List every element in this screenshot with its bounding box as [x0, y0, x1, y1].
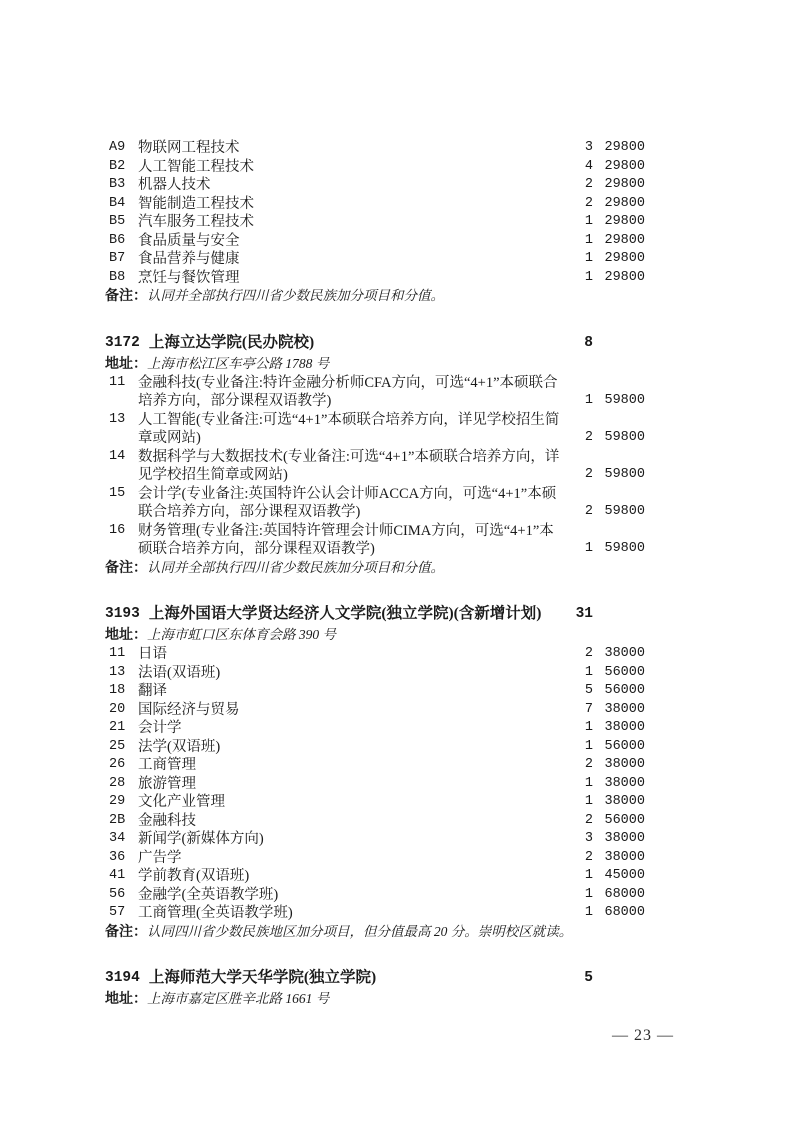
major-name: 国际经济与贸易	[138, 701, 563, 720]
major-fee: 29800	[593, 232, 645, 251]
major-name: 烹饪与餐饮管理	[138, 269, 563, 288]
major-name: 工商管理(全英语教学班)	[138, 904, 563, 923]
major-fee: 38000	[593, 756, 645, 775]
major-fee: 38000	[593, 849, 645, 868]
major-count: 2	[563, 756, 593, 775]
major-name: 数据科学与大数据技术(专业备注:可选“4+1”本硕联合培养方向，详见学校招生简章…	[138, 448, 563, 485]
major-row: 34新闻学(新媒体方向)338000	[105, 830, 645, 849]
major-fee: 56000	[593, 812, 645, 831]
major-count: 1	[563, 738, 593, 757]
major-name: 金融科技	[138, 812, 563, 831]
major-fee: 59800	[593, 540, 645, 559]
address-label: 地址：	[105, 628, 147, 643]
major-row: 16财务管理(专业备注:英国特许管理会计师CIMA方向，可选“4+1”本硕联合培…	[105, 522, 645, 559]
college-code: 3172	[105, 333, 140, 353]
page-number-text: — 23 —	[612, 1027, 674, 1044]
major-name: 金融学(全英语教学班)	[138, 886, 563, 905]
major-fee: 29800	[593, 250, 645, 269]
major-row: 13法语(双语班)156000	[105, 664, 645, 683]
major-row-main: 29文化产业管理	[105, 793, 563, 812]
major-row: B3机器人技术229800	[105, 176, 645, 195]
major-row: A9物联网工程技术329800	[105, 139, 645, 158]
major-code: B4	[105, 195, 133, 214]
major-row: 14数据科学与大数据技术(专业备注:可选“4+1”本硕联合培养方向，详见学校招生…	[105, 448, 645, 485]
major-name: 工商管理	[138, 756, 563, 775]
major-row: 56金融学(全英语教学班)168000	[105, 886, 645, 905]
major-fee: 56000	[593, 682, 645, 701]
major-count: 1	[563, 232, 593, 251]
major-row-main: B3机器人技术	[105, 176, 563, 195]
major-row: B7食品营养与健康129800	[105, 250, 645, 269]
major-fee: 59800	[593, 392, 645, 411]
major-row: 41学前教育(双语班)145000	[105, 867, 645, 886]
college-code: 3193	[105, 604, 140, 624]
major-code: 20	[105, 701, 133, 720]
address-value: 上海市虹口区东体育会路 390 号	[147, 627, 336, 642]
major-count: 2	[563, 812, 593, 831]
major-name: 会计学(专业备注:英国特许公认会计师ACCA方向，可选“4+1”本硕联合培养方向…	[138, 485, 563, 522]
address-value: 上海市松江区车亭公路 1788 号	[147, 356, 329, 371]
college-section: 3194上海师范大学天华学院(独立学院)5地址：上海市嘉定区胜辛北路 1661 …	[105, 968, 645, 1009]
college-header: 3194上海师范大学天华学院(独立学院)5	[105, 968, 645, 988]
major-fee: 29800	[593, 139, 645, 158]
major-row-main: 20国际经济与贸易	[105, 701, 563, 720]
college-title: 上海立达学院(民办院校)	[149, 333, 563, 353]
major-count: 2	[563, 645, 593, 664]
major-row: B8烹饪与餐饮管理129800	[105, 269, 645, 288]
major-fee: 56000	[593, 738, 645, 757]
major-count: 1	[563, 719, 593, 738]
major-row-main: 14数据科学与大数据技术(专业备注:可选“4+1”本硕联合培养方向，详见学校招生…	[105, 448, 563, 485]
major-code: B3	[105, 176, 133, 195]
major-fee: 29800	[593, 195, 645, 214]
remark-line: 备注：认同四川省少数民族地区加分项目，但分值最高 20 分。崇明校区就读。	[105, 923, 645, 943]
major-row: B2人工智能工程技术429800	[105, 158, 645, 177]
major-count: 1	[563, 392, 593, 411]
major-count: 1	[563, 540, 593, 559]
address-line: 地址：上海市嘉定区胜辛北路 1661 号	[105, 989, 645, 1009]
college-header: 3193上海外国语大学贤达经济人文学院(独立学院)(含新增计划)31	[105, 604, 645, 624]
major-row: 2B金融科技256000	[105, 812, 645, 831]
major-count: 2	[563, 503, 593, 522]
major-fee: 56000	[593, 664, 645, 683]
major-fee: 38000	[593, 775, 645, 794]
major-code: B2	[105, 158, 133, 177]
major-code: 18	[105, 682, 133, 701]
major-count: 1	[563, 269, 593, 288]
major-name: 汽车服务工程技术	[138, 213, 563, 232]
major-code: 28	[105, 775, 133, 794]
major-row-main: 28旅游管理	[105, 775, 563, 794]
major-row: 20国际经济与贸易738000	[105, 701, 645, 720]
major-row-main: 15会计学(专业备注:英国特许公认会计师ACCA方向，可选“4+1”本硕联合培养…	[105, 485, 563, 522]
major-count: 1	[563, 793, 593, 812]
major-name: 日语	[138, 645, 563, 664]
major-code: 34	[105, 830, 133, 849]
major-code: 16	[105, 522, 133, 541]
major-code: 56	[105, 886, 133, 905]
major-count: 2	[563, 195, 593, 214]
major-name: 物联网工程技术	[138, 139, 563, 158]
major-code: 21	[105, 719, 133, 738]
major-code: 15	[105, 485, 133, 504]
major-fee: 38000	[593, 830, 645, 849]
major-fee: 59800	[593, 466, 645, 485]
address-label: 地址：	[105, 992, 147, 1007]
major-fee: 29800	[593, 213, 645, 232]
college-section: A9物联网工程技术329800B2人工智能工程技术429800B3机器人技术22…	[105, 139, 645, 307]
major-code: 41	[105, 867, 133, 886]
college-title: 上海师范大学天华学院(独立学院)	[149, 968, 563, 988]
address-label: 地址：	[105, 357, 147, 372]
college-header: 3172上海立达学院(民办院校)8	[105, 333, 645, 353]
major-count: 5	[563, 682, 593, 701]
major-row: 18翻译556000	[105, 682, 645, 701]
major-row: 25法学(双语班)156000	[105, 738, 645, 757]
major-name: 翻译	[138, 682, 563, 701]
major-row-main: 25法学(双语班)	[105, 738, 563, 757]
college-total-count: 31	[563, 604, 593, 624]
major-fee: 38000	[593, 701, 645, 720]
major-fee: 38000	[593, 793, 645, 812]
major-code: 11	[105, 645, 133, 664]
major-code: 25	[105, 738, 133, 757]
remark-line: 备注：认同并全部执行四川省少数民族加分项目和分值。	[105, 287, 645, 307]
major-count: 7	[563, 701, 593, 720]
major-code: A9	[105, 139, 133, 158]
major-name: 人工智能(专业备注:可选“4+1”本硕联合培养方向，详见学校招生简章或网站)	[138, 411, 563, 448]
major-code: 11	[105, 374, 133, 393]
page-number: — 23 —	[612, 1026, 702, 1046]
major-row: 57工商管理(全英语教学班)168000	[105, 904, 645, 923]
major-count: 1	[563, 250, 593, 269]
major-row: 28旅游管理138000	[105, 775, 645, 794]
major-row: 21会计学138000	[105, 719, 645, 738]
major-row-main: 2B金融科技	[105, 812, 563, 831]
major-count: 1	[563, 775, 593, 794]
major-row-main: 13人工智能(专业备注:可选“4+1”本硕联合培养方向，详见学校招生简章或网站)	[105, 411, 563, 448]
major-row-main: A9物联网工程技术	[105, 139, 563, 158]
major-row-main: 16财务管理(专业备注:英国特许管理会计师CIMA方向，可选“4+1”本硕联合培…	[105, 522, 563, 559]
major-count: 2	[563, 429, 593, 448]
major-name: 智能制造工程技术	[138, 195, 563, 214]
major-code: 13	[105, 411, 133, 430]
major-fee: 29800	[593, 269, 645, 288]
major-code: 29	[105, 793, 133, 812]
major-fee: 59800	[593, 429, 645, 448]
major-count: 3	[563, 830, 593, 849]
address-line: 地址：上海市松江区车亭公路 1788 号	[105, 354, 645, 374]
major-count: 3	[563, 139, 593, 158]
major-count: 2	[563, 849, 593, 868]
major-count: 4	[563, 158, 593, 177]
address-value: 上海市嘉定区胜辛北路 1661 号	[147, 991, 329, 1006]
college-total-count: 5	[563, 968, 593, 988]
college-title: 上海外国语大学贤达经济人文学院(独立学院)(含新增计划)	[149, 604, 563, 624]
major-row: 36广告学238000	[105, 849, 645, 868]
college-code: 3194	[105, 968, 140, 988]
major-count: 2	[563, 466, 593, 485]
major-row-main: B8烹饪与餐饮管理	[105, 269, 563, 288]
major-row-main: 57工商管理(全英语教学班)	[105, 904, 563, 923]
major-name: 旅游管理	[138, 775, 563, 794]
major-row: 13人工智能(专业备注:可选“4+1”本硕联合培养方向，详见学校招生简章或网站)…	[105, 411, 645, 448]
major-row: B5汽车服务工程技术129800	[105, 213, 645, 232]
major-fee: 68000	[593, 904, 645, 923]
major-fee: 45000	[593, 867, 645, 886]
major-code: 57	[105, 904, 133, 923]
major-row: B4智能制造工程技术229800	[105, 195, 645, 214]
address-line: 地址：上海市虹口区东体育会路 390 号	[105, 625, 645, 645]
major-fee: 29800	[593, 176, 645, 195]
major-code: B5	[105, 213, 133, 232]
major-row-main: B2人工智能工程技术	[105, 158, 563, 177]
major-code: 13	[105, 664, 133, 683]
admissions-list: A9物联网工程技术329800B2人工智能工程技术429800B3机器人技术22…	[105, 139, 645, 1009]
major-row-main: B7食品营养与健康	[105, 250, 563, 269]
major-row-main: 13法语(双语班)	[105, 664, 563, 683]
remark-text: 认同四川省少数民族地区加分项目，但分值最高 20 分。崇明校区就读。	[147, 924, 572, 939]
major-row-main: 34新闻学(新媒体方向)	[105, 830, 563, 849]
major-name: 法学(双语班)	[138, 738, 563, 757]
major-name: 新闻学(新媒体方向)	[138, 830, 563, 849]
major-row: 15会计学(专业备注:英国特许公认会计师ACCA方向，可选“4+1”本硕联合培养…	[105, 485, 645, 522]
major-name: 学前教育(双语班)	[138, 867, 563, 886]
major-code: B6	[105, 232, 133, 251]
major-name: 财务管理(专业备注:英国特许管理会计师CIMA方向，可选“4+1”本硕联合培养方…	[138, 522, 563, 559]
remark-label: 备注：	[105, 561, 147, 576]
major-name: 人工智能工程技术	[138, 158, 563, 177]
major-code: 36	[105, 849, 133, 868]
college-section: 3193上海外国语大学贤达经济人文学院(独立学院)(含新增计划)31地址：上海市…	[105, 604, 645, 942]
major-row-main: B6食品质量与安全	[105, 232, 563, 251]
remark-label: 备注：	[105, 289, 147, 304]
major-row-main: 11日语	[105, 645, 563, 664]
major-fee: 68000	[593, 886, 645, 905]
remark-line: 备注：认同并全部执行四川省少数民族加分项目和分值。	[105, 559, 645, 579]
major-row: B6食品质量与安全129800	[105, 232, 645, 251]
college-section: 3172上海立达学院(民办院校)8地址：上海市松江区车亭公路 1788 号11金…	[105, 333, 645, 579]
college-total-count: 8	[563, 333, 593, 353]
major-count: 1	[563, 904, 593, 923]
major-row: 29文化产业管理138000	[105, 793, 645, 812]
major-row-main: 11金融科技(专业备注:特许金融分析师CFA方向，可选“4+1”本硕联合培养方向…	[105, 374, 563, 411]
major-name: 食品营养与健康	[138, 250, 563, 269]
major-code: B7	[105, 250, 133, 269]
major-row-main: 21会计学	[105, 719, 563, 738]
major-fee: 38000	[593, 719, 645, 738]
major-name: 食品质量与安全	[138, 232, 563, 251]
major-name: 会计学	[138, 719, 563, 738]
major-fee: 29800	[593, 158, 645, 177]
major-count: 1	[563, 664, 593, 683]
major-row-main: 18翻译	[105, 682, 563, 701]
major-name: 广告学	[138, 849, 563, 868]
major-count: 1	[563, 886, 593, 905]
major-row-main: 36广告学	[105, 849, 563, 868]
major-name: 机器人技术	[138, 176, 563, 195]
major-code: 2B	[105, 812, 133, 831]
major-code: B8	[105, 269, 133, 288]
major-name: 文化产业管理	[138, 793, 563, 812]
major-row-main: 26工商管理	[105, 756, 563, 775]
major-code: 14	[105, 448, 133, 467]
major-fee: 59800	[593, 503, 645, 522]
major-row-main: B4智能制造工程技术	[105, 195, 563, 214]
remark-text: 认同并全部执行四川省少数民族加分项目和分值。	[147, 288, 444, 303]
major-row: 26工商管理238000	[105, 756, 645, 775]
remark-label: 备注：	[105, 925, 147, 940]
major-row: 11日语238000	[105, 645, 645, 664]
major-name: 金融科技(专业备注:特许金融分析师CFA方向，可选“4+1”本硕联合培养方向，部…	[138, 374, 563, 411]
major-count: 1	[563, 867, 593, 886]
remark-text: 认同并全部执行四川省少数民族加分项目和分值。	[147, 560, 444, 575]
major-count: 2	[563, 176, 593, 195]
major-fee: 38000	[593, 645, 645, 664]
major-name: 法语(双语班)	[138, 664, 563, 683]
major-row-main: 41学前教育(双语班)	[105, 867, 563, 886]
major-row: 11金融科技(专业备注:特许金融分析师CFA方向，可选“4+1”本硕联合培养方向…	[105, 374, 645, 411]
major-count: 1	[563, 213, 593, 232]
major-row-main: 56金融学(全英语教学班)	[105, 886, 563, 905]
major-row-main: B5汽车服务工程技术	[105, 213, 563, 232]
major-code: 26	[105, 756, 133, 775]
